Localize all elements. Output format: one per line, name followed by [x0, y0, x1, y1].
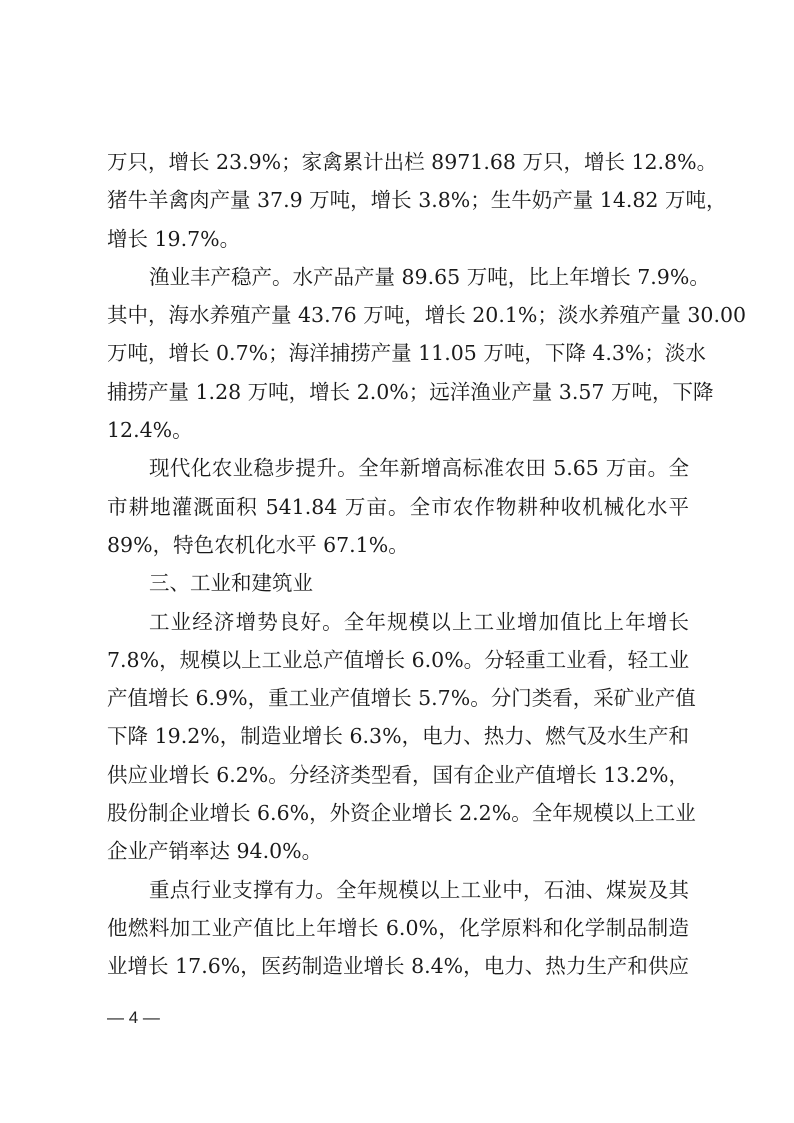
text-line: 企业产销率达 94.0%。 — [107, 832, 689, 870]
text-line: 万只，增长 23.9%；家禽累计出栏 8971.68 万只，增长 12.8%。 — [107, 143, 689, 181]
text-line: 其中，海水养殖产量 43.76 万吨，增长 20.1%；淡水养殖产量 30.00 — [107, 296, 689, 334]
text-line: 产值增长 6.9%，重工业产值增长 5.7%。分门类看，采矿业产值 — [107, 679, 689, 717]
paragraph-industrial-economy: 工业经济增势良好。全年规模以上工业增加值比上年增长 7.8%，规模以上工业总产值… — [107, 603, 689, 871]
text-line: 重点行业支撑有力。全年规模以上工业中，石油、煤炭及其 — [107, 871, 689, 909]
text-line: 猪牛羊禽肉产量 37.9 万吨，增长 3.8%；生牛奶产量 14.82 万吨， — [107, 181, 689, 219]
text-line: 渔业丰产稳产。水产品产量 89.65 万吨，比上年增长 7.9%。 — [107, 258, 689, 296]
text-line: 7.8%，规模以上工业总产值增长 6.0%。分轻重工业看，轻工业 — [107, 641, 689, 679]
text-line: 供应业增长 6.2%。分经济类型看，国有企业产值增长 13.2%， — [107, 756, 689, 794]
text-line: 下降 19.2%，制造业增长 6.3%，电力、热力、燃气及水生产和 — [107, 717, 689, 755]
section-heading-industry: 三、工业和建筑业 — [107, 564, 689, 602]
text-line: 工业经济增势良好。全年规模以上工业增加值比上年增长 — [107, 603, 689, 641]
paragraph-livestock: 万只，增长 23.9%；家禽累计出栏 8971.68 万只，增长 12.8%。 … — [107, 143, 689, 258]
text-line: 万吨，增长 0.7%；海洋捕捞产量 11.05 万吨，下降 4.3%；淡水 — [107, 334, 689, 372]
text-line: 12.4%。 — [107, 411, 689, 449]
document-body: 万只，增长 23.9%；家禽累计出栏 8971.68 万只，增长 12.8%。 … — [107, 143, 689, 986]
page-number: — 4 — — [107, 1008, 160, 1028]
text-line: 业增长 17.6%，医药制造业增长 8.4%，电力、热力生产和供应 — [107, 947, 689, 985]
text-line: 捕捞产量 1.28 万吨，增长 2.0%；远洋渔业产量 3.57 万吨，下降 — [107, 373, 689, 411]
text-line: 市耕地灌溉面积 541.84 万亩。全市农作物耕种收机械化水平 — [107, 488, 689, 526]
text-line: 增长 19.7%。 — [107, 220, 689, 258]
text-line: 现代化农业稳步提升。全年新增高标准农田 5.65 万亩。全 — [107, 449, 689, 487]
text-line: 89%，特色农机化水平 67.1%。 — [107, 526, 689, 564]
text-line: 他燃料加工业产值比上年增长 6.0%，化学原料和化学制品制造 — [107, 909, 689, 947]
paragraph-key-industries: 重点行业支撑有力。全年规模以上工业中，石油、煤炭及其 他燃料加工业产值比上年增长… — [107, 871, 689, 986]
paragraph-modern-agriculture: 现代化农业稳步提升。全年新增高标准农田 5.65 万亩。全 市耕地灌溉面积 54… — [107, 449, 689, 564]
section-heading: 三、工业和建筑业 — [107, 564, 689, 602]
paragraph-fishery: 渔业丰产稳产。水产品产量 89.65 万吨，比上年增长 7.9%。 其中，海水养… — [107, 258, 689, 449]
text-line: 股份制企业增长 6.6%，外资企业增长 2.2%。全年规模以上工业 — [107, 794, 689, 832]
